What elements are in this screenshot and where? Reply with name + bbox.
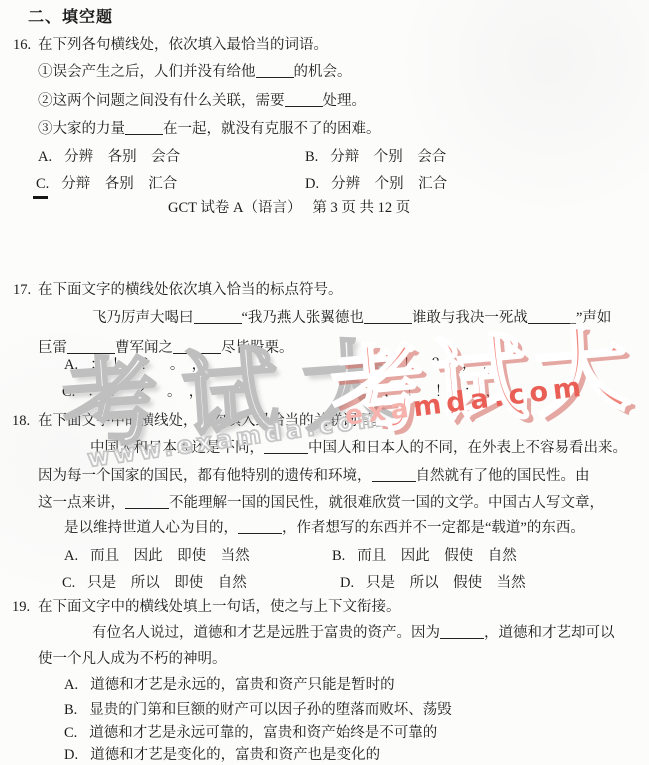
option-label: A. xyxy=(38,148,52,166)
fill-blank xyxy=(238,520,282,534)
q16-item3: ③大家的力量在一起，就没有克服不了的困难。 xyxy=(38,120,381,138)
fill-blank xyxy=(285,93,323,107)
q16-item2: ②这两个问题之间没有什么关联，需要处理。 xyxy=(38,92,366,110)
q18-stem: 在下面文字中的横线处，依次填入最恰当的关联词语。 xyxy=(38,412,386,430)
q19-passage-line2: 使一个凡人成为不朽的神明。 xyxy=(38,650,227,668)
q16-option-c: C.分辩 各别 汇合 xyxy=(36,175,177,193)
option-text: 而且 因此 即使 当然 xyxy=(90,548,250,564)
section-title: 二、填空题 xyxy=(28,8,113,28)
passage-text: 自然就有了他的国民性。由 xyxy=(416,468,590,484)
q18-passage-line4: 是以维持世道人心为目的，，作者想写的东西并不一定都是“载道”的东西。 xyxy=(64,519,585,537)
option-text: 道德和才艺是变化的，富贵和资产也是变化的 xyxy=(90,747,380,763)
option-text: ， ！ ！ ； ， xyxy=(384,384,500,400)
option-label: C. xyxy=(64,724,77,742)
option-label: C. xyxy=(62,383,75,401)
q17-stem: 在下面文字的横线处依次填入恰当的标点符号。 xyxy=(38,281,343,299)
q18-passage-line3: 这一点来讲，不能理解一国的国民性，就很难欣赏一国的文学。中国古人写文章， xyxy=(38,494,604,512)
q16-option-d: D.分辨 个别 汇合 xyxy=(305,175,447,193)
passage-text: 巨雷 xyxy=(38,340,67,356)
q16-option-b: B.分辩 个别 会合 xyxy=(305,148,446,166)
option-text: 而且 因此 假使 自然 xyxy=(357,548,517,564)
q19-option-b: B.显贵的门第和巨额的财产可以因子孙的堕落而败坏、荡毁 xyxy=(64,701,452,719)
passage-text: 因为每一个国家的国民，都有他特别的遗传和环境， xyxy=(38,468,372,484)
passage-text: ”声如 xyxy=(576,310,611,326)
passage-text: “我乃燕人张翼德也 xyxy=(242,310,364,326)
fill-blank xyxy=(173,340,221,354)
passage-text: 不能理解一国的国民性，就很难欣赏一国的文学。中国古人写文章， xyxy=(169,495,604,511)
q17-option-a: A.； ！ ？ 。 ， xyxy=(64,356,206,374)
q17-option-b: B.， ！ ？ ； ， xyxy=(356,356,497,374)
option-text: 分辨 个别 汇合 xyxy=(331,176,447,192)
passage-text: ，道德和才艺却可以 xyxy=(484,625,615,641)
q19-option-a: A.道德和才艺是永远的，富贵和资产只能是暂时的 xyxy=(64,676,395,694)
q19-stem: 在下面文字中的横线处填上一句话，使之与上下文衔接。 xyxy=(38,598,401,616)
option-label: D. xyxy=(305,175,319,193)
option-text: 只是 所以 假使 当然 xyxy=(366,575,526,591)
option-label: D. xyxy=(358,383,372,401)
q16-item2-pre: ②这两个问题之间没有什么关联，需要 xyxy=(38,93,285,109)
q17-option-c: C.： ！ ？ 。 ， xyxy=(62,383,203,401)
option-label: B. xyxy=(356,356,369,374)
option-text: 分辨 各别 会合 xyxy=(64,149,180,165)
option-label: A. xyxy=(64,676,78,694)
option-label: A. xyxy=(64,356,78,374)
passage-text: 这一点来讲， xyxy=(38,495,125,511)
fill-blank xyxy=(440,625,484,639)
q18-option-d: D.只是 所以 假使 当然 xyxy=(340,574,526,592)
q18-option-c: C.只是 所以 即使 自然 xyxy=(62,574,247,592)
option-text: ， ！ ？ ； ， xyxy=(381,357,497,373)
q16-item1-post: 的机会。 xyxy=(294,64,352,80)
page-footer: GCT 试卷 A（语言） 第 3 页 共 12 页 xyxy=(168,199,410,217)
passage-text: 谁敢与我决一死战 xyxy=(412,310,528,326)
option-label: C. xyxy=(62,574,75,592)
scanned-exam-page: 二、填空题 16. 在下列各句横线处，依次填入最恰当的词语。 ①误会产生之后，人… xyxy=(0,0,649,765)
q19-passage-line1: 有位名人说过，道德和才艺是远胜于富贵的资产。因为，道德和才艺却可以 xyxy=(92,624,615,642)
fill-blank xyxy=(364,310,412,324)
fill-blank xyxy=(264,440,308,454)
fill-blank xyxy=(67,340,115,354)
option-text: 显贵的门第和巨额的财产可以因子孙的堕落而败坏、荡毁 xyxy=(89,702,452,718)
q16-item3-post: 在一起，就没有克服不了的困难。 xyxy=(163,121,381,137)
option-text: 道德和才艺是永远可靠的，富贵和资产始终是不可靠的 xyxy=(89,725,437,741)
fill-blank xyxy=(256,64,294,78)
option-text: 分辩 个别 会合 xyxy=(330,149,446,165)
stray-pen-mark xyxy=(33,196,48,199)
q17-option-d: D.， ！ ！ ； ， xyxy=(358,383,500,401)
option-label: B. xyxy=(305,148,318,166)
fill-blank xyxy=(194,310,242,324)
option-label: B. xyxy=(64,701,77,719)
q17-passage-line2: 巨雷曹军闻之尽皆股栗。 xyxy=(38,339,294,357)
q18-passage-line1: 中国人和日本人还是不同，中国人和日本人的不同，在外表上不容易看出来。 xyxy=(90,439,627,457)
q16-item1-pre: ①误会产生之后，人们并没有给他 xyxy=(38,64,256,80)
q18-passage-line2: 因为每一个国家的国民，都有他特别的遗传和环境，自然就有了他的国民性。由 xyxy=(38,467,590,485)
q17-passage-line1: 飞乃厉声大喝曰“我乃燕人张翼德也谁敢与我决一死战”声如 xyxy=(92,309,611,327)
passage-text: 中国人和日本人还是不同， xyxy=(90,440,264,456)
option-text: ： ！ ？ 。 ， xyxy=(87,384,203,400)
fill-blank xyxy=(528,310,576,324)
q18-number: 18. xyxy=(12,412,30,430)
passage-text: ，作者想写的东西并不一定都是“载道”的东西。 xyxy=(282,520,585,536)
q17-number: 17. xyxy=(13,281,31,299)
option-label: A. xyxy=(64,547,78,565)
option-text: 道德和才艺是永远的，富贵和资产只能是暂时的 xyxy=(90,677,395,693)
passage-text: 是以维持世道人心为目的， xyxy=(64,520,238,536)
q16-number: 16. xyxy=(13,36,31,54)
option-label: D. xyxy=(340,574,354,592)
q16-item2-post: 处理。 xyxy=(323,93,367,109)
passage-text: 飞乃厉声大喝曰 xyxy=(92,310,194,326)
q18-option-b: B.而且 因此 假使 自然 xyxy=(332,547,517,565)
q16-stem: 在下列各句横线处，依次填入最恰当的词语。 xyxy=(38,36,328,54)
fill-blank xyxy=(372,468,416,482)
option-text: 只是 所以 即使 自然 xyxy=(87,575,247,591)
q19-option-d: D.道德和才艺是变化的，富贵和资产也是变化的 xyxy=(64,746,380,764)
q16-option-a: A.分辨 各别 会合 xyxy=(38,148,180,166)
option-label: D. xyxy=(64,746,78,764)
option-label: C. xyxy=(36,175,49,193)
q19-number: 19. xyxy=(12,598,30,616)
passage-text: 曹军闻之 xyxy=(115,340,173,356)
option-text: 分辩 各别 汇合 xyxy=(61,176,177,192)
fill-blank xyxy=(125,121,163,135)
passage-text: 尽皆股栗。 xyxy=(221,340,294,356)
fill-blank xyxy=(125,495,169,509)
q18-option-a: A.而且 因此 即使 当然 xyxy=(64,547,250,565)
q19-option-c: C.道德和才艺是永远可靠的，富贵和资产始终是不可靠的 xyxy=(64,724,437,742)
option-text: ； ！ ？ 。 ， xyxy=(90,357,206,373)
option-label: B. xyxy=(332,547,345,565)
q16-item3-pre: ③大家的力量 xyxy=(38,121,125,137)
passage-text: 有位名人说过，道德和才艺是远胜于富贵的资产。因为 xyxy=(92,625,440,641)
q16-item1: ①误会产生之后，人们并没有给他的机会。 xyxy=(38,63,352,81)
passage-text: 中国人和日本人的不同，在外表上不容易看出来。 xyxy=(308,440,627,456)
